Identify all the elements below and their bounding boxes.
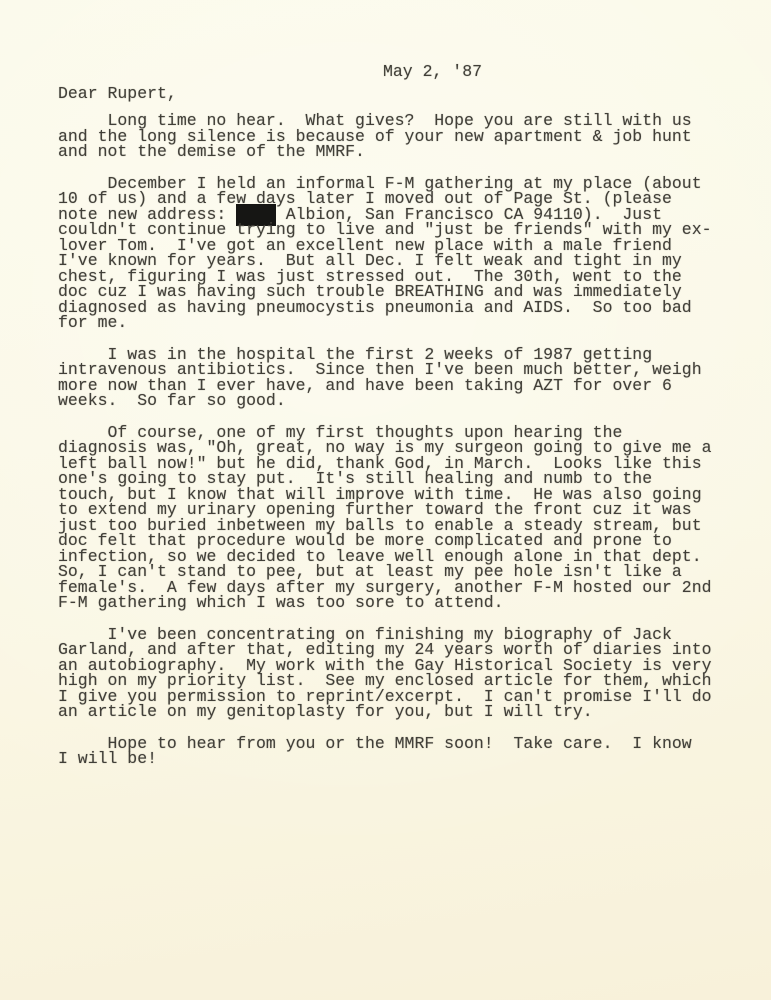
letter-paragraph-5: I've been concentrating on finishing my …: [58, 627, 751, 720]
letter-paragraph-1: Long time no hear. What gives? Hope you …: [58, 113, 751, 160]
letter-paragraph-3: I was in the hospital the first 2 weeks …: [58, 347, 751, 409]
letter-date: May 2, '87: [383, 64, 771, 80]
letter-salutation: Dear Rupert,: [58, 86, 771, 102]
letter-paragraph-4: Of course, one of my first thoughts upon…: [58, 425, 751, 611]
letter-paragraph-6: Hope to hear from you or the MMRF soon! …: [58, 736, 751, 767]
letter-document: May 2, '87 Dear Rupert, Long time no hea…: [0, 0, 771, 1000]
letter-paragraph-2: December I held an informal F-M gatherin…: [58, 176, 751, 331]
paragraph-2-text-after: Albion, San Francisco CA 94110). Just co…: [58, 205, 712, 333]
